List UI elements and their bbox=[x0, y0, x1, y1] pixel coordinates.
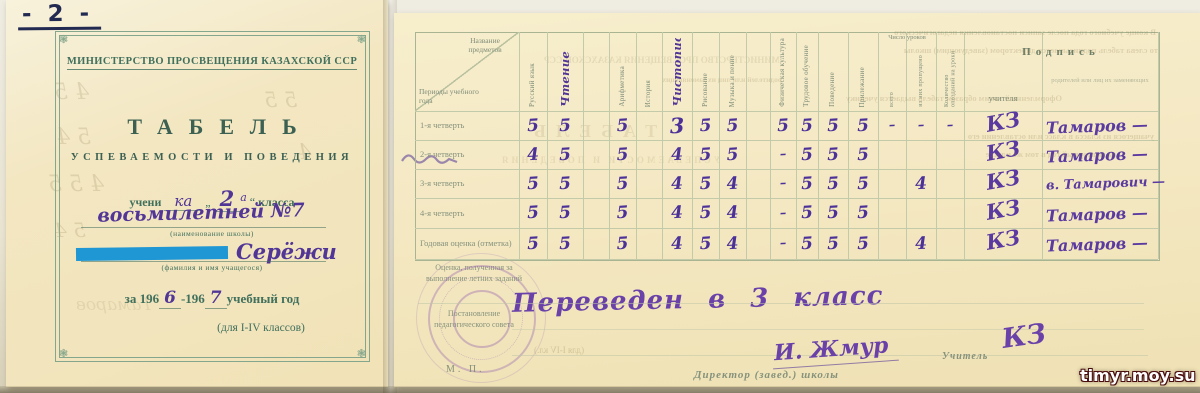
subject-column-header: История bbox=[636, 38, 662, 107]
grade-cell: 5 bbox=[718, 110, 746, 140]
corner-label-subjects: Название предметов bbox=[455, 36, 515, 55]
grade-cell: 5 bbox=[817, 227, 849, 260]
grade-cell: 5 bbox=[546, 227, 584, 260]
director-signature: И. Жмур bbox=[771, 332, 899, 370]
subject-label: Русский язык bbox=[529, 63, 536, 107]
row-label: 2-я четверть bbox=[420, 140, 514, 169]
grade-cell: 4 bbox=[718, 197, 747, 228]
school-caption: (наименование школы) bbox=[62, 229, 362, 238]
subject-column-header: Русский язык bbox=[519, 38, 547, 107]
teacher-label: Учитель bbox=[942, 351, 988, 362]
parent-signature: Тамаров — bbox=[1046, 225, 1193, 261]
grade-cell: 5 bbox=[608, 197, 637, 228]
subject-column-header: Музыка и пение bbox=[719, 38, 746, 107]
year-prefix: за 196 bbox=[125, 291, 159, 306]
subject-column-header-handwritten: Чистописание bbox=[662, 38, 692, 107]
grade-cell: 4 bbox=[661, 227, 693, 260]
grade-cell: 5 bbox=[691, 168, 719, 198]
redaction-bar bbox=[76, 246, 228, 261]
frame-ornament-icon: ❃ bbox=[59, 347, 68, 360]
grade-cell: – bbox=[769, 227, 797, 259]
scanned-report-card: 4 5 5 4 4 5 5 5 4 5 5 4 Тамаров ❃ ❃ ❃ ❃ … bbox=[0, 0, 1200, 393]
watermark: timyr.moy.su bbox=[1080, 366, 1196, 385]
grade-cell: 4 bbox=[718, 227, 747, 259]
frame-ornament-icon: ❃ bbox=[59, 33, 68, 46]
ministry-header-text: МИНИСТЕРСТВО ПРОСВЕЩЕНИЯ КАЗАХСКОЙ ССР bbox=[67, 56, 357, 70]
scan-edge-shadow bbox=[0, 386, 1200, 393]
bleed-for-classes: (для I-IV кл.) bbox=[534, 345, 584, 355]
grade-cell: 5 bbox=[691, 197, 720, 228]
subject-column-header: Арифметика bbox=[609, 38, 636, 107]
grade-cell: 5 bbox=[795, 197, 819, 228]
row-label: 1-я четверть bbox=[420, 111, 514, 140]
grade-cell: 5 bbox=[817, 110, 848, 141]
grade-cell: – bbox=[769, 139, 796, 169]
transfer-note-handwritten: Переведен в 3 класс bbox=[512, 277, 1073, 319]
grade-cell: 5 bbox=[546, 110, 583, 141]
school-stamp bbox=[453, 290, 511, 348]
year-mid: -196 bbox=[181, 291, 205, 306]
grade-cell: 4 bbox=[661, 168, 692, 199]
grade-cell: 5 bbox=[546, 168, 583, 199]
grade-cell: 5 bbox=[795, 227, 819, 259]
subject-column-header: Рисование bbox=[692, 38, 719, 107]
row-label: Годовая оценка (отметка) bbox=[420, 228, 514, 259]
row-label: 4-я четверть bbox=[420, 198, 514, 228]
grade-cell: 4 bbox=[905, 227, 937, 260]
student-name-line: Серёжи bbox=[76, 239, 336, 263]
cover-page: 4 5 5 4 4 5 5 5 4 5 5 4 Тамаров ❃ ❃ ❃ ❃ … bbox=[6, 0, 388, 387]
frame-ornament-icon: ❃ bbox=[357, 347, 366, 360]
for-classes-note: (для I-IV классов) bbox=[156, 322, 366, 334]
grade-cell: 5 bbox=[608, 227, 637, 259]
grade-cell: 5 bbox=[546, 197, 584, 229]
grade-cell: 5 bbox=[518, 227, 548, 259]
grade-cell: 5 bbox=[795, 168, 818, 198]
grade-cell: 5 bbox=[718, 139, 746, 169]
subject-column-header-handwritten: Чтение bbox=[547, 38, 583, 107]
grade-cell: 5 bbox=[608, 110, 636, 140]
grade-cell: 5 bbox=[817, 139, 848, 170]
grade-cell: 4 bbox=[661, 197, 693, 229]
subject-label: Чистописание bbox=[671, 38, 683, 107]
subject-label: Арифметика bbox=[619, 66, 626, 107]
grade-cell: – bbox=[769, 168, 796, 198]
row-label: 3-я четверть bbox=[420, 169, 514, 198]
name-caption: (фамилия и имя учащегося) bbox=[62, 263, 362, 272]
grade-cell: – bbox=[769, 197, 797, 228]
year-digit-handwritten: 6 bbox=[159, 288, 181, 309]
grid-line bbox=[512, 329, 1144, 330]
frame-ornament-icon: ❃ bbox=[357, 33, 366, 46]
grade-cell: 5 bbox=[608, 168, 636, 198]
document-title: ТАБЕЛЬ bbox=[62, 114, 362, 140]
subject-label: Чтение bbox=[559, 51, 571, 107]
bleed-text: на повторный год в том же классе bbox=[886, 149, 1116, 159]
school-year-line: за 1966-1967учебный год bbox=[62, 288, 362, 308]
grade-cell: 5 bbox=[691, 139, 719, 169]
teacher-signature-bottom: КЗ bbox=[1000, 318, 1048, 355]
director-label: Директор (завед.) школы bbox=[694, 369, 839, 381]
grid-line bbox=[1042, 32, 1043, 259]
grade-cell: 5 bbox=[608, 139, 636, 169]
bleed-text: В конце учебного года после записи поста… bbox=[766, 27, 1156, 37]
grade-cell: 5 bbox=[691, 110, 719, 140]
signature-parent-subheader: родителей или лиц их заменяющих bbox=[1046, 77, 1154, 85]
grade-cell: 5 bbox=[518, 197, 548, 228]
document-subtitle: УСПЕВАЕМОСТИ И ПОВЕДЕНИЯ bbox=[52, 152, 372, 163]
grade-cell: 5 bbox=[847, 227, 879, 260]
writing-line bbox=[81, 261, 326, 262]
grade-cell: 4 bbox=[718, 168, 746, 198]
bleed-text: Оформленный таким образом табель выдаетс… bbox=[762, 93, 1062, 103]
grade-cell: 5 bbox=[847, 139, 878, 170]
corner-label-periods: Периоды учебного года bbox=[419, 87, 485, 106]
year-digit-handwritten: 7 bbox=[205, 288, 227, 309]
grade-cell: 4 bbox=[518, 139, 547, 169]
page-number-label: - 2 - bbox=[18, 1, 101, 31]
grade-cell: 5 bbox=[546, 139, 583, 170]
grade-cell: 5 bbox=[817, 197, 849, 229]
bleed-text: учащегося из класса в класс или оставлен… bbox=[864, 131, 1154, 141]
grid-line bbox=[418, 303, 1144, 304]
grade-cell: 4 bbox=[661, 139, 692, 170]
writing-line bbox=[81, 227, 326, 228]
year-suffix: учебный год bbox=[227, 291, 300, 306]
ministry-header: МИНИСТЕРСТВО ПРОСВЕЩЕНИЯ КАЗАХСКОЙ ССР bbox=[62, 56, 362, 67]
grades-page: МИНИСТЕРСТВО ПРОСВЕЩЕНИЯ КАЗАХСКОЙ ССР Т… bbox=[394, 13, 1200, 387]
grade-cell: 5 bbox=[518, 110, 547, 140]
bleed-text: родителей или лиц их заменяющих bbox=[652, 75, 782, 84]
grade-cell: 5 bbox=[769, 110, 796, 140]
grade-cell: 5 bbox=[795, 139, 818, 169]
grade-cell: 3 bbox=[661, 110, 692, 141]
bleed-text: то слева табель подписывается директором… bbox=[798, 45, 1158, 55]
grade-cell: 5 bbox=[691, 227, 720, 259]
grade-cell: 5 bbox=[795, 110, 818, 140]
grade-cell: 5 bbox=[518, 168, 547, 198]
grade-cell: 4 bbox=[905, 168, 936, 199]
grade-cell: 5 bbox=[847, 168, 878, 199]
mp-label: М. П. bbox=[446, 364, 485, 375]
grade-cell: 5 bbox=[817, 168, 848, 199]
grade-cell: 5 bbox=[847, 197, 879, 229]
